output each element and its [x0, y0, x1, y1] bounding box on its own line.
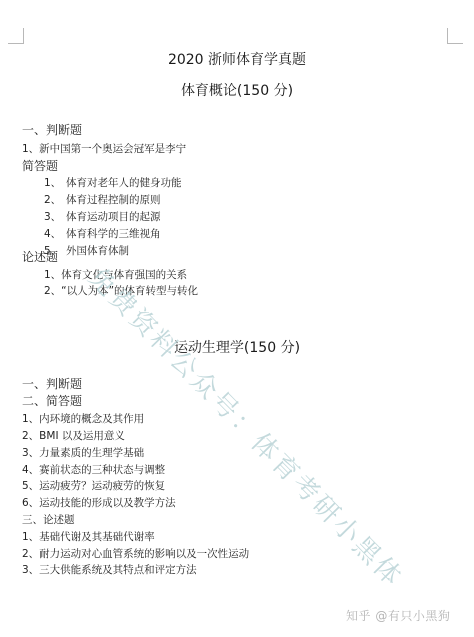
- section1-essay-item-1: 1、体育文化与体育强国的关系: [44, 268, 187, 282]
- section1-short-item-1: 1、体育对老年人的健身功能: [44, 176, 182, 190]
- section1-heading-true-false: 一、判断题: [22, 123, 82, 137]
- section1-tf-item-1: 1、新中国第一个奥运会冠军是李宁: [22, 142, 186, 156]
- section1-heading-essay: 论述题: [22, 250, 58, 264]
- section2-essay-item-1: 1、基础代谢及其基础代谢率: [22, 530, 155, 544]
- section1-short-item-2: 2、体育过程控制的原则: [44, 193, 161, 207]
- section-title-exercise-physiology: 运动生理学(150 分): [0, 337, 474, 357]
- item-text: 体育过程控制的原则: [66, 194, 161, 206]
- section1-heading-short-answer: 简答题: [22, 159, 58, 173]
- item-text: 体育对老年人的健身功能: [66, 177, 182, 189]
- section-title-sports-intro: 体育概论(150 分): [0, 80, 474, 100]
- section2-essay-item-2: 2、耐力运动对心血管系统的影响以及一次性运动: [22, 547, 249, 561]
- document-title: 2020 浙师体育学真题: [0, 49, 474, 69]
- section1-essay-item-2: 2、“以人为本”的体育转型与转化: [44, 284, 198, 298]
- item-text: 体育运动项目的起源: [66, 211, 161, 223]
- item-text: 外国体育体制: [66, 245, 129, 257]
- section2-short-item-2: 2、BMI 以及运用意义: [22, 429, 125, 443]
- section2-heading-short-answer: 二、简答题: [22, 394, 82, 408]
- section2-essay-item-3: 3、三大供能系统及其特点和评定方法: [22, 563, 197, 577]
- section2-short-item-3: 3、力量素质的生理学基础: [22, 446, 144, 460]
- footer-credit: 知乎 @有只小黑狗: [346, 607, 450, 624]
- item-number: 4、: [44, 227, 66, 241]
- section1-short-item-4: 4、体育科学的三维视角: [44, 227, 161, 241]
- section2-short-item-4: 4、赛前状态的三种状态与调整: [22, 463, 165, 477]
- section2-heading-true-false: 一、判断题: [22, 377, 82, 391]
- section1-short-item-3: 3、体育运动项目的起源: [44, 210, 161, 224]
- item-text: 体育科学的三维视角: [66, 228, 161, 240]
- item-number: 3、: [44, 210, 66, 224]
- section2-heading-essay: 三、论述题: [22, 513, 75, 527]
- page-corner-mark-right: [447, 28, 463, 44]
- section2-short-item-1: 1、内环境的概念及其作用: [22, 412, 144, 426]
- page-corner-mark-left: [8, 28, 24, 44]
- section2-short-item-6: 6、运动技能的形成以及教学方法: [22, 496, 176, 510]
- item-number: 2、: [44, 193, 66, 207]
- section2-short-item-5: 5、运动疲劳？运动疲劳的恢复: [22, 479, 165, 493]
- item-number: 1、: [44, 176, 66, 190]
